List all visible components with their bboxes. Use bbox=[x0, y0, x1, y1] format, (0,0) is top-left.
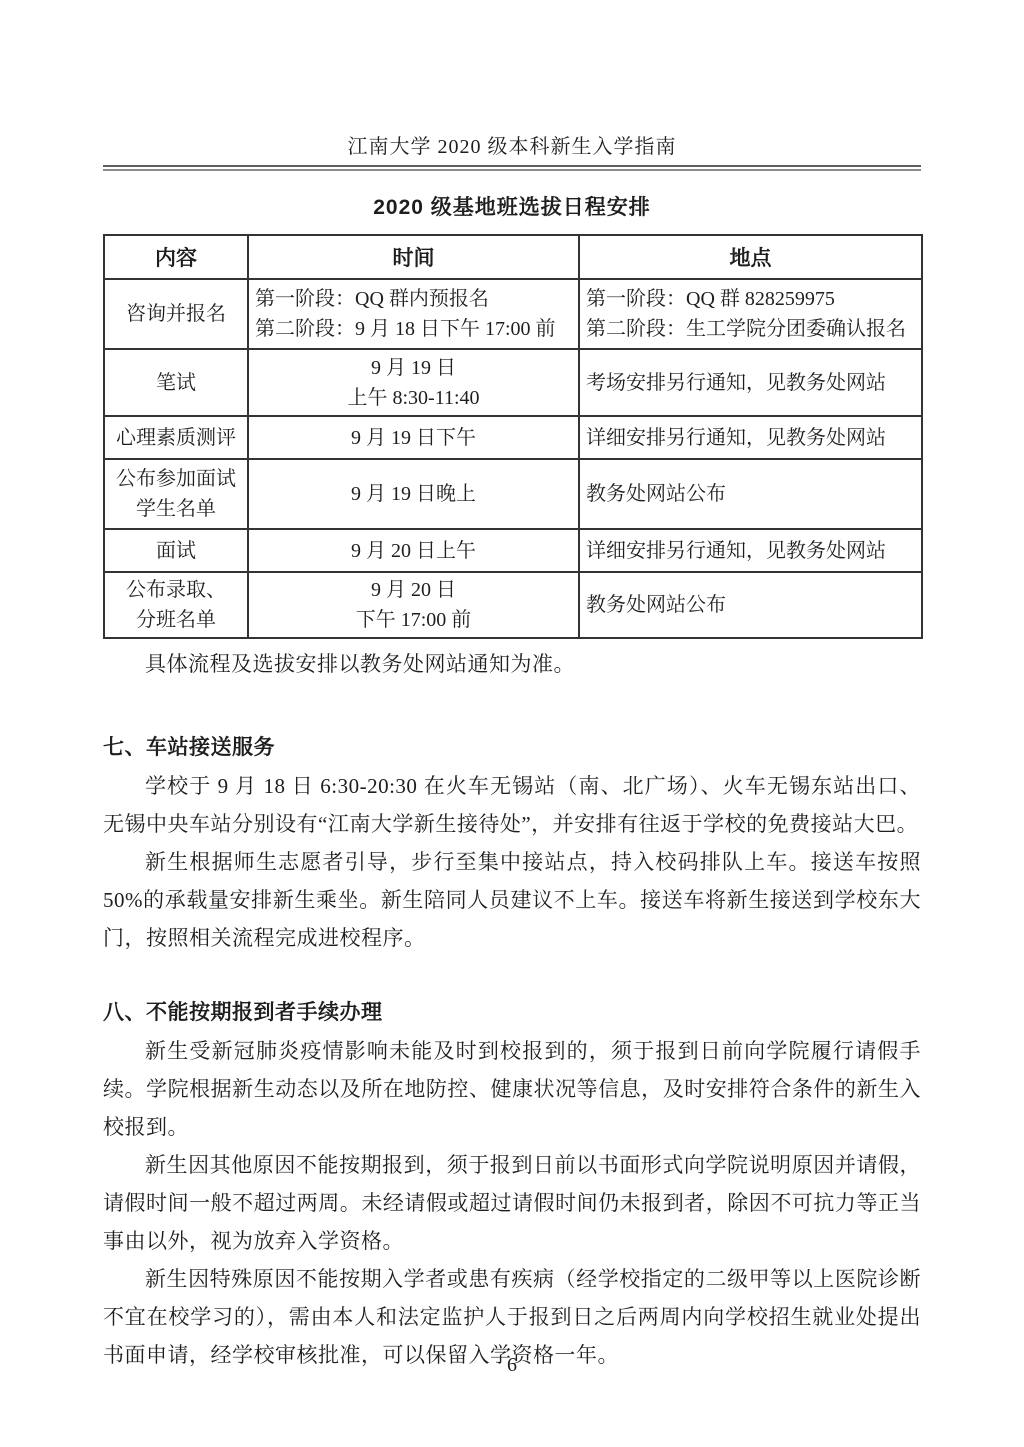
table-cell-place: 教务处网站公布 bbox=[579, 459, 922, 529]
paragraph: 新生根据师生志愿者引导，步行至集中接站点，持入校码排队上车。接送车按照 50%的… bbox=[103, 843, 921, 957]
body-sections: 七、车站接送服务学校于 9 月 18 日 6:30-20:30 在火车无锡站（南… bbox=[103, 729, 921, 1374]
cell-line: 9 月 19 日下午 bbox=[255, 423, 572, 453]
cell-line: 咨询并报名 bbox=[111, 299, 241, 329]
cell-line: 第二阶段：生工学院分团委确认报名 bbox=[586, 314, 915, 344]
cell-line: 考场安排另行通知，见教务处网站 bbox=[586, 368, 915, 398]
cell-line: 公布参加面试 bbox=[111, 464, 241, 494]
table-note: 具体流程及选拔安排以教务处网站通知为准。 bbox=[103, 645, 921, 683]
table-cell-time: 9 月 19 日下午 bbox=[248, 416, 579, 459]
table-cell-place: 详细安排另行通知，见教务处网站 bbox=[579, 416, 922, 459]
document-page: 江南大学 2020 级本科新生入学指南 2020 级基地班选拔日程安排 内容 时… bbox=[0, 0, 1024, 1447]
cell-line: 第一阶段：QQ 群 828259975 bbox=[586, 284, 915, 314]
cell-line: 笔试 bbox=[111, 368, 241, 398]
cell-line: 下午 17:00 前 bbox=[255, 605, 572, 635]
header-rule-divider bbox=[103, 165, 921, 171]
paragraph: 新生受新冠肺炎疫情影响未能及时到校报到的，须于报到日前向学院履行请假手续。学院根… bbox=[103, 1032, 921, 1146]
table-cell-time: 9 月 19 日上午 8:30-11:40 bbox=[248, 349, 579, 416]
cell-line: 9 月 19 日 bbox=[255, 353, 572, 383]
table-cell-time: 9 月 19 日晚上 bbox=[248, 459, 579, 529]
document-header-title: 江南大学 2020 级本科新生入学指南 bbox=[103, 134, 921, 160]
table-cell-time: 9 月 20 日下午 17:00 前 bbox=[248, 572, 579, 638]
cell-line: 教务处网站公布 bbox=[586, 590, 915, 620]
table-cell-place: 教务处网站公布 bbox=[579, 572, 922, 638]
schedule-table-title: 2020 级基地班选拔日程安排 bbox=[103, 193, 921, 223]
schedule-table: 内容 时间 地点 咨询并报名第一阶段：QQ 群内预报名第二阶段：9 月 18 日… bbox=[103, 234, 923, 639]
cell-line: 分班名单 bbox=[111, 605, 241, 635]
table-cell-content: 咨询并报名 bbox=[104, 279, 248, 349]
table-cell-time: 第一阶段：QQ 群内预报名第二阶段：9 月 18 日下午 17:00 前 bbox=[248, 279, 579, 349]
cell-line: 第二阶段：9 月 18 日下午 17:00 前 bbox=[255, 314, 572, 344]
cell-line: 公布录取、 bbox=[111, 575, 241, 605]
table-cell-content: 心理素质测评 bbox=[104, 416, 248, 459]
section-heading: 八、不能按期报到者手续办理 bbox=[103, 994, 921, 1032]
cell-line: 9 月 19 日晚上 bbox=[255, 479, 572, 509]
schedule-table-body: 咨询并报名第一阶段：QQ 群内预报名第二阶段：9 月 18 日下午 17:00 … bbox=[104, 279, 922, 638]
table-cell-content: 公布参加面试学生名单 bbox=[104, 459, 248, 529]
table-row: 公布参加面试学生名单9 月 19 日晚上教务处网站公布 bbox=[104, 459, 922, 529]
paragraph: 新生因其他原因不能按期报到，须于报到日前以书面形式向学院说明原因并请假，请假时间… bbox=[103, 1146, 921, 1260]
table-cell-place: 详细安排另行通知，见教务处网站 bbox=[579, 529, 922, 572]
table-cell-place: 考场安排另行通知，见教务处网站 bbox=[579, 349, 922, 416]
cell-line: 详细安排另行通知，见教务处网站 bbox=[586, 536, 915, 566]
table-header-row: 内容 时间 地点 bbox=[104, 235, 922, 279]
column-header-time: 时间 bbox=[248, 235, 579, 279]
cell-line: 心理素质测评 bbox=[111, 423, 241, 453]
cell-line: 第一阶段：QQ 群内预报名 bbox=[255, 284, 572, 314]
cell-line: 面试 bbox=[111, 536, 241, 566]
cell-line: 9 月 20 日 bbox=[255, 575, 572, 605]
document-header: 江南大学 2020 级本科新生入学指南 bbox=[103, 134, 921, 171]
table-row: 笔试9 月 19 日上午 8:30-11:40考场安排另行通知，见教务处网站 bbox=[104, 349, 922, 416]
table-row: 咨询并报名第一阶段：QQ 群内预报名第二阶段：9 月 18 日下午 17:00 … bbox=[104, 279, 922, 349]
page-number: 6 bbox=[0, 1352, 1024, 1378]
paragraph: 学校于 9 月 18 日 6:30-20:30 在火车无锡站（南、北广场）、火车… bbox=[103, 767, 921, 843]
table-cell-content: 面试 bbox=[104, 529, 248, 572]
table-row: 面试9 月 20 日上午详细安排另行通知，见教务处网站 bbox=[104, 529, 922, 572]
cell-line: 上午 8:30-11:40 bbox=[255, 383, 572, 413]
table-cell-content: 笔试 bbox=[104, 349, 248, 416]
cell-line: 9 月 20 日上午 bbox=[255, 536, 572, 566]
cell-line: 详细安排另行通知，见教务处网站 bbox=[586, 423, 915, 453]
column-header-content: 内容 bbox=[104, 235, 248, 279]
section-2: 八、不能按期报到者手续办理新生受新冠肺炎疫情影响未能及时到校报到的，须于报到日前… bbox=[103, 994, 921, 1374]
table-row: 心理素质测评9 月 19 日下午详细安排另行通知，见教务处网站 bbox=[104, 416, 922, 459]
table-cell-content: 公布录取、分班名单 bbox=[104, 572, 248, 638]
schedule-table-head: 内容 时间 地点 bbox=[104, 235, 922, 279]
column-header-place: 地点 bbox=[579, 235, 922, 279]
section-heading: 七、车站接送服务 bbox=[103, 729, 921, 767]
cell-line: 教务处网站公布 bbox=[586, 479, 915, 509]
cell-line: 学生名单 bbox=[111, 494, 241, 524]
section-1: 七、车站接送服务学校于 9 月 18 日 6:30-20:30 在火车无锡站（南… bbox=[103, 729, 921, 957]
table-cell-time: 9 月 20 日上午 bbox=[248, 529, 579, 572]
table-row: 公布录取、分班名单9 月 20 日下午 17:00 前教务处网站公布 bbox=[104, 572, 922, 638]
table-cell-place: 第一阶段：QQ 群 828259975第二阶段：生工学院分团委确认报名 bbox=[579, 279, 922, 349]
